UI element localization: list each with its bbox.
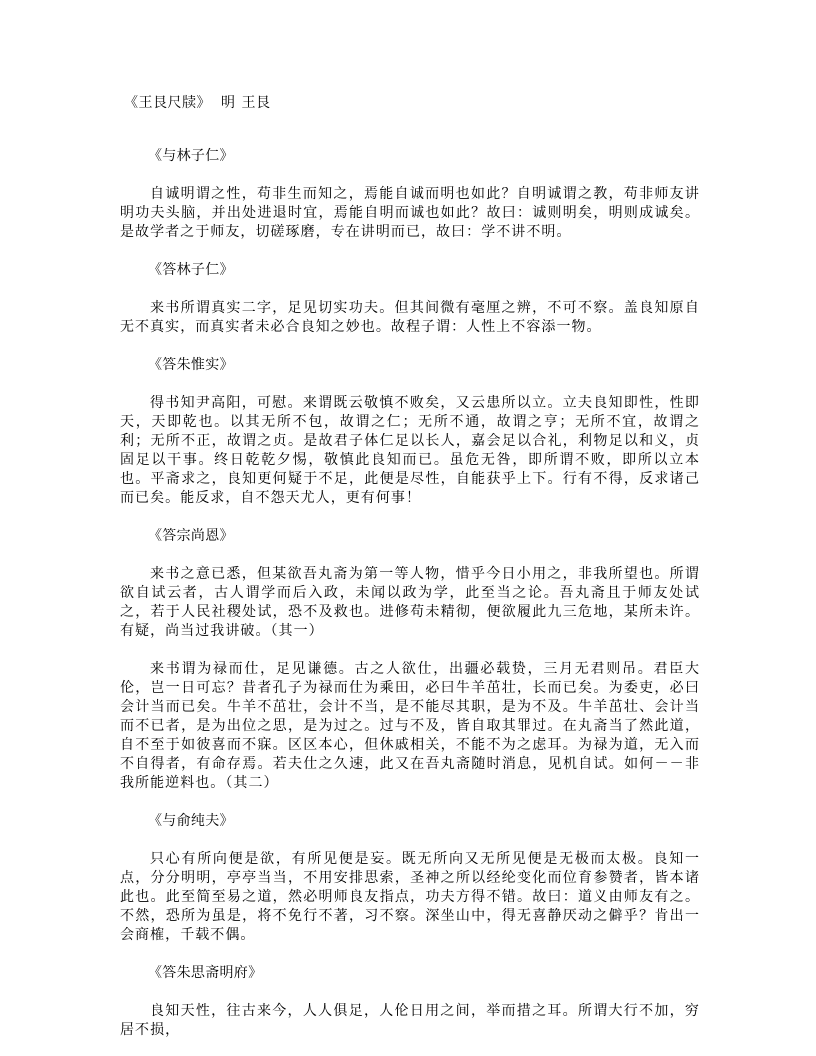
- letter-heading: 《与林子仁》: [120, 147, 700, 166]
- letter-paragraph: 自诚明谓之性，苟非生而知之，焉能自诚而明也如此？自明诚谓之教，苟非师友讲明功夫头…: [120, 185, 700, 242]
- document-author: 王艮: [242, 95, 271, 111]
- document-title-line: 《王艮尺牍》明王艮: [124, 94, 700, 113]
- letter-heading: 《答宗尚恩》: [120, 527, 700, 546]
- document-page: 《王艮尺牍》明王艮 《与林子仁》 自诚明谓之性，苟非生而知之，焉能自诚而明也如此…: [120, 94, 700, 1040]
- letter-paragraph: 只心有所向便是欲，有所见便是妄。既无所向又无所见便是无极而太极。良知一点，分分明…: [120, 850, 700, 945]
- letter-paragraph: 良知天性，往古来今，人人俱足，人伦日用之间，举而措之耳。所谓大行不加，穷居不损，: [120, 1002, 700, 1040]
- document-dynasty: 明: [221, 95, 236, 111]
- letter-da-zhu-weishi: 《答朱惟实》 得书知尹高阳，可慰。来谓既云敬慎不败矣，又云患所以立。立夫良知即性…: [120, 356, 700, 508]
- letter-heading: 《答朱惟实》: [120, 356, 700, 375]
- letter-paragraph: 来书之意已悉，但某欲吾丸斋为第一等人物，惜乎今日小用之，非我所望也。所谓欲自试云…: [120, 565, 700, 641]
- letter-yu-lin-ziren: 《与林子仁》 自诚明谓之性，苟非生而知之，焉能自诚而明也如此？自明诚谓之教，苟非…: [120, 147, 700, 242]
- letter-heading: 《与俞纯夫》: [120, 812, 700, 831]
- letter-yu-yu-chunfu: 《与俞纯夫》 只心有所向便是欲，有所见便是妄。既无所向又无所见便是无极而太极。良…: [120, 812, 700, 945]
- letter-heading: 《答朱思斋明府》: [120, 964, 700, 983]
- title-spacer: [120, 113, 700, 147]
- letter-paragraph: 来书谓为禄而仕，足见谦德。古之人欲仕，出疆必载贽，三月无君则吊。君臣大伦，岂一日…: [120, 660, 700, 793]
- letter-da-zhu-sizhai-mingfu: 《答朱思斋明府》 良知天性，往古来今，人人俱足，人伦日用之间，举而措之耳。所谓大…: [120, 964, 700, 1040]
- letter-heading: 《答林子仁》: [120, 261, 700, 280]
- letter-paragraph: 得书知尹高阳，可慰。来谓既云敬慎不败矣，又云患所以立。立夫良知即性，性即天，天即…: [120, 394, 700, 508]
- letter-da-zong-shangen: 《答宗尚恩》 来书之意已悉，但某欲吾丸斋为第一等人物，惜乎今日小用之，非我所望也…: [120, 527, 700, 793]
- letter-da-lin-ziren: 《答林子仁》 来书所谓真实二字，足见切实功夫。但其间微有毫厘之辨，不可不察。盖良…: [120, 261, 700, 337]
- letter-paragraph: 来书所谓真实二字，足见切实功夫。但其间微有毫厘之辨，不可不察。盖良知原自无不真实…: [120, 299, 700, 337]
- document-title: 《王艮尺牍》: [124, 95, 211, 111]
